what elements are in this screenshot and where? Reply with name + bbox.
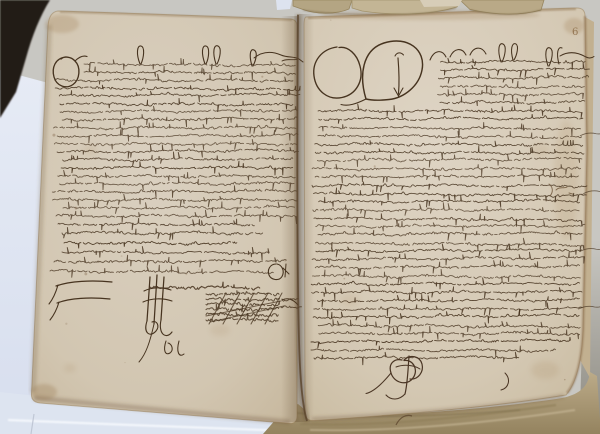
fox-stain	[531, 361, 559, 379]
paper-speck	[52, 134, 55, 137]
manuscript-canvas: 6	[0, 0, 600, 434]
paper-speck	[198, 269, 199, 270]
paper-speck	[383, 267, 385, 269]
paper-speck	[330, 19, 332, 21]
left-page	[31, 11, 303, 423]
gutter-shade-left	[281, 16, 297, 422]
paper-speck	[124, 362, 125, 363]
paper-speck	[564, 379, 566, 381]
paper-speck	[343, 278, 345, 280]
paper-speck	[261, 76, 263, 78]
background-gap-sliver	[276, 0, 292, 10]
folio-number: 6	[572, 27, 578, 38]
fox-stain	[210, 324, 230, 336]
paper-speck	[185, 273, 187, 275]
paper-speck	[65, 323, 67, 325]
paper-speck	[169, 342, 170, 343]
stain-corner-tl	[45, 15, 79, 33]
fox-stain	[341, 294, 359, 306]
right-page: 6	[304, 8, 600, 421]
fox-stain	[64, 364, 76, 372]
paper-speck	[121, 255, 123, 257]
torn-fragment-light	[420, 0, 462, 7]
manuscript-photo: 6	[0, 0, 600, 434]
torn-fragments	[293, 0, 544, 15]
paper-speck	[374, 165, 376, 167]
paper-speck	[84, 272, 87, 275]
paper-speck	[74, 207, 77, 210]
stain-corner-bl	[31, 384, 57, 400]
